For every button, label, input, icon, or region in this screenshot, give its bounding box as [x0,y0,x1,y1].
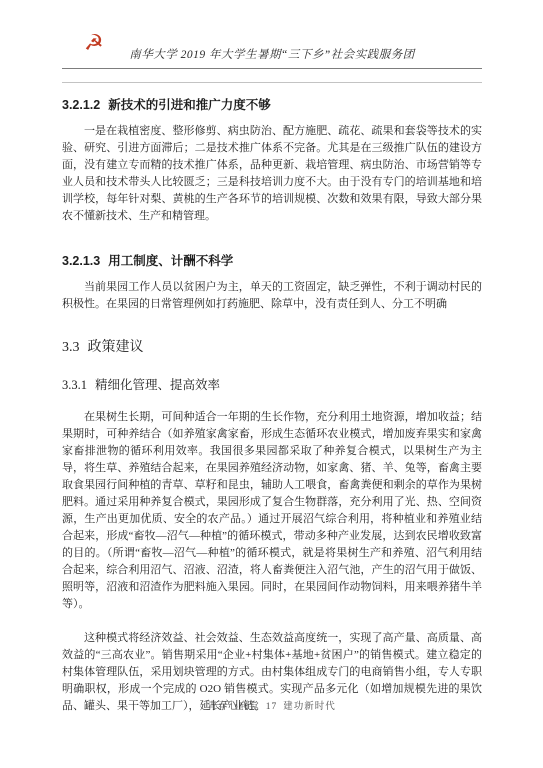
heading-3-3-1: 3.3.1精细化管理、提高效率 [62,376,482,394]
page-header: ☭ 南华大学 2019 年大学生暑期“三下乡”社会实践服务团 [62,0,482,83]
paragraph-new-technology: 一是在栽植密度、整形修剪、病虫防治、配方施肥、疏花、疏果和套袋等技术的实验、研究… [62,123,482,225]
footer-right-text: 建功新时代 [283,702,336,712]
heading-number: 3.2.1.2 [62,98,100,112]
heading-number: 3.2.1.3 [62,254,100,268]
heading-text: 用工制度、计酬不科学 [108,254,233,268]
page-footer: 青春心向党17建功新时代 [0,698,543,712]
heading-3-2-1-3: 3.2.1.3用工制度、计酬不科学 [62,253,482,269]
heading-number: 3.3 [62,340,80,355]
heading-text: 新技术的引进和推广力度不够 [108,98,271,112]
page-content: ☭ 南华大学 2019 年大学生暑期“三下乡”社会实践服务团 3.2.1.2新技… [0,0,543,715]
header-rule-top [62,68,482,69]
header-title: 南华大学 2019 年大学生暑期“三下乡”社会实践服务团 [62,46,482,62]
party-emblem-icon: ☭ [84,33,104,55]
document-body: 3.2.1.2新技术的引进和推广力度不够 一是在栽植密度、整形修剪、病虫防治、配… [62,97,482,715]
document-page: ☭ 南华大学 2019 年大学生暑期“三下乡”社会实践服务团 3.2.1.2新技… [0,0,543,768]
header-rule-bottom [62,82,482,83]
heading-text: 政策建议 [88,340,144,355]
heading-number: 3.3.1 [62,378,87,392]
paragraph-fine-management-1: 在果树生长期，可间种适合一年期的生长作物，充分利用土地资源，增加收益；结果期时，… [62,409,482,613]
heading-3-3: 3.3政策建议 [62,339,482,357]
footer-left-text: 青春心向党 [207,702,260,712]
heading-text: 精细化管理、提高效率 [95,378,220,392]
paragraph-labor-system: 当前果园工作人员以贫困户为主，单天的工资固定，缺乏弹性，不利于调动村民的积极性。… [62,279,482,313]
heading-3-2-1-2: 3.2.1.2新技术的引进和推广力度不够 [62,97,482,113]
page-number: 17 [266,702,278,712]
